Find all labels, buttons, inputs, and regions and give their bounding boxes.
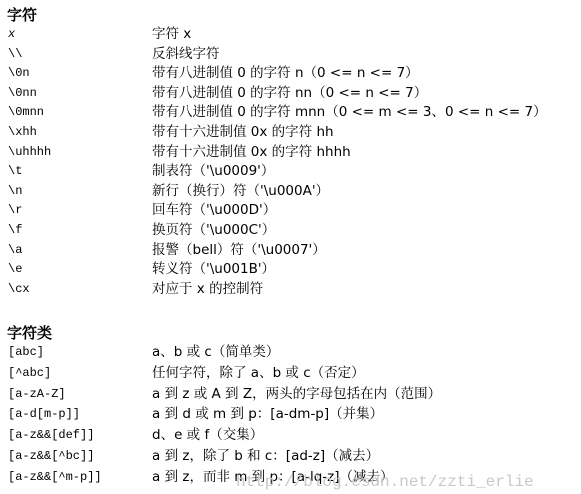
table-row: \uhhhh带有十六进制值 0x 的字符 hhhh	[0, 142, 581, 162]
row-key: \e	[8, 259, 22, 279]
row-desc: 对应于 x 的控制符	[152, 279, 263, 299]
row-desc: 新行（换行）符（'\u000A'）	[152, 181, 329, 201]
table-row: \\反斜线字符	[0, 44, 581, 64]
row-key: \f	[8, 220, 22, 240]
table-row: \e转义符（'\u001B'）	[0, 259, 581, 279]
table-row: \r回车符（'\u000D'）	[0, 200, 581, 220]
row-key: [^abc]	[8, 363, 51, 383]
row-desc: 报警（bell）符（'\u0007'）	[152, 240, 326, 260]
row-desc: 换页符（'\u000C'）	[152, 220, 275, 240]
table-row: \0nn带有八进制值 0 的字符 nn（0 <= n <= 7）	[0, 83, 581, 103]
row-key: [a-z&&[^m-p]]	[8, 467, 102, 487]
row-key: \uhhhh	[8, 142, 51, 162]
row-desc: 带有十六进制值 0x 的字符 hhhh	[152, 142, 351, 162]
section-title: 字符类	[7, 324, 52, 342]
table-row: [a-d[m-p]]a 到 d 或 m 到 p：[a-dm-p]（并集）	[0, 404, 581, 424]
row-desc: a、b 或 c（简单类）	[152, 342, 279, 362]
row-key: \n	[8, 181, 22, 201]
row-desc: a 到 d 或 m 到 p：[a-dm-p]（并集）	[152, 404, 383, 424]
row-desc: a 到 z 或 A 到 Z，两头的字母包括在内（范围）	[152, 384, 441, 404]
table-row: \f换页符（'\u000C'）	[0, 220, 581, 240]
row-desc: 带有八进制值 0 的字符 n（0 <= n <= 7）	[152, 63, 419, 83]
row-key: [a-z&&[def]]	[8, 425, 94, 445]
row-key: \\	[8, 44, 22, 64]
section-title: 字符	[7, 6, 37, 24]
table-row: [a-zA-Z]a 到 z 或 A 到 Z，两头的字母包括在内（范围）	[0, 384, 581, 404]
row-key: x	[8, 24, 15, 44]
row-desc: d、e 或 f（交集）	[152, 425, 263, 445]
row-desc: 反斜线字符	[152, 44, 220, 64]
row-key: \0n	[8, 63, 30, 83]
row-key: \cx	[8, 279, 30, 299]
row-key: \0mnn	[8, 102, 44, 122]
row-key: [abc]	[8, 342, 44, 362]
row-desc: 带有八进制值 0 的字符 mnn（0 <= m <= 3、0 <= n <= 7…	[152, 102, 547, 122]
table-row: [^abc]任何字符，除了 a、b 或 c（否定）	[0, 363, 581, 383]
row-key: [a-d[m-p]]	[8, 404, 80, 424]
table-row: \n新行（换行）符（'\u000A'）	[0, 181, 581, 201]
table-row: [a-z&&[def]]d、e 或 f（交集）	[0, 425, 581, 445]
row-desc: 带有十六进制值 0x 的字符 hh	[152, 122, 334, 142]
row-key: [a-zA-Z]	[8, 384, 66, 404]
table-row: x字符 x	[0, 24, 581, 44]
table-row: \a报警（bell）符（'\u0007'）	[0, 240, 581, 260]
row-desc: 带有八进制值 0 的字符 nn（0 <= n <= 7）	[152, 83, 427, 103]
table-row: \cx对应于 x 的控制符	[0, 279, 581, 299]
row-desc: 任何字符，除了 a、b 或 c（否定）	[152, 363, 365, 383]
row-key: [a-z&&[^bc]]	[8, 446, 94, 466]
row-key: \r	[8, 200, 22, 220]
row-desc: a 到 z，除了 b 和 c：[ad-z]（减去）	[152, 446, 379, 466]
row-key: \a	[8, 240, 22, 260]
row-desc: 字符 x	[152, 24, 191, 44]
watermark: http://blog.csdn.net/zzti_erlie	[236, 472, 534, 492]
table-row: \t制表符（'\u0009'）	[0, 161, 581, 181]
row-key: \0nn	[8, 83, 37, 103]
table-row: [abc]a、b 或 c（简单类）	[0, 342, 581, 362]
row-desc: 回车符（'\u000D'）	[152, 200, 276, 220]
row-key: \xhh	[8, 122, 37, 142]
row-key: \t	[8, 161, 22, 181]
row-desc: 制表符（'\u0009'）	[152, 161, 274, 181]
row-desc: 转义符（'\u001B'）	[152, 259, 275, 279]
table-row: [a-z&&[^bc]]a 到 z，除了 b 和 c：[ad-z]（减去）	[0, 446, 581, 466]
table-row: \0n带有八进制值 0 的字符 n（0 <= n <= 7）	[0, 63, 581, 83]
table-row: \xhh带有十六进制值 0x 的字符 hh	[0, 122, 581, 142]
table-row: \0mnn带有八进制值 0 的字符 mnn（0 <= m <= 3、0 <= n…	[0, 102, 581, 122]
